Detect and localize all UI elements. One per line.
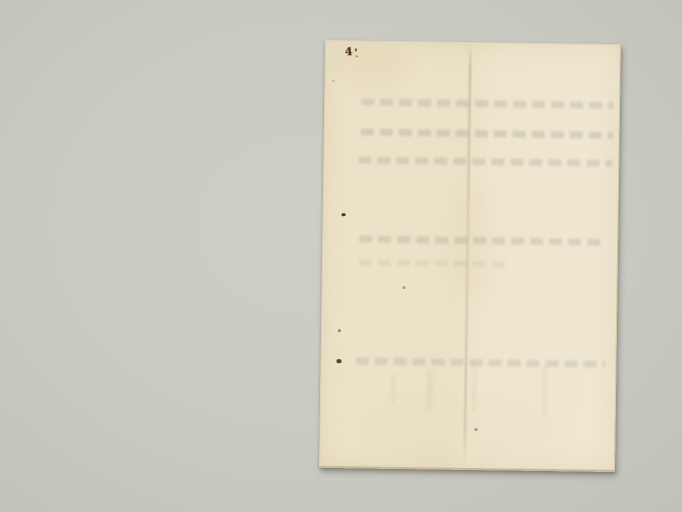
speck xyxy=(336,359,341,363)
speck xyxy=(332,80,334,82)
ghost-line xyxy=(358,156,612,167)
ghost-col xyxy=(391,374,395,404)
paper-features-layer xyxy=(320,41,620,470)
speck xyxy=(403,286,406,289)
stain xyxy=(331,43,412,92)
ghost-line xyxy=(361,98,613,109)
handwritten-mark: 4 xyxy=(345,46,353,57)
stain xyxy=(350,393,561,458)
paper-sheet: 4 xyxy=(319,40,621,472)
speck xyxy=(356,55,358,57)
ghost-line xyxy=(359,259,509,267)
ghost-col xyxy=(472,365,477,411)
speck xyxy=(338,329,341,332)
ghost-col xyxy=(427,369,433,409)
speck xyxy=(355,48,357,51)
ghost-col xyxy=(542,366,548,414)
ghost-line xyxy=(355,357,605,367)
speck xyxy=(342,213,346,216)
speck xyxy=(475,428,478,431)
ghost-line xyxy=(361,128,613,139)
scan-background: 4 xyxy=(0,0,682,512)
